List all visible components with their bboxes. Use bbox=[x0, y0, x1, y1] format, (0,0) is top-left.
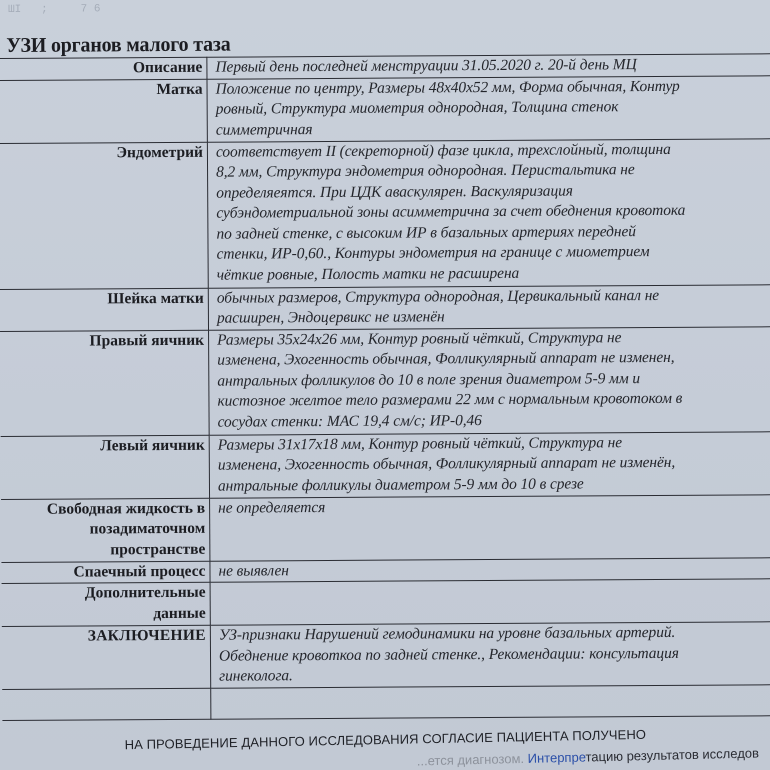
faint-bleed-through-text: ШІ ; 7 6 bbox=[8, 3, 100, 16]
row-label-line: позадиматочном bbox=[1, 519, 205, 541]
report-row: Шейка маткиобычных размеров, Структура о… bbox=[0, 284, 770, 331]
row-value: Размеры 35х24х26 мм, Контур ровный чётки… bbox=[209, 326, 770, 435]
consent-statement: НА ПРОВЕДЕНИЕ ДАННОГО ИССЛЕДОВАНИЯ СОГЛА… bbox=[125, 727, 647, 752]
row-label: Свободная жидкость впозадиматочномпростр… bbox=[1, 498, 210, 562]
row-label-line: Свободная жидкость в bbox=[1, 498, 205, 520]
ultrasound-report-page: ШІ ; 7 6 УЗИ органов малого таза Описани… bbox=[0, 0, 770, 770]
report-row bbox=[2, 685, 770, 721]
row-value-line: гинеколога. bbox=[219, 663, 770, 687]
row-value: Размеры 31х17х18 мм, Контур ровный чётки… bbox=[209, 431, 770, 498]
row-label-line: данные bbox=[2, 603, 206, 625]
row-label: Эндометрий bbox=[0, 142, 208, 289]
row-label: Правый яичник bbox=[0, 330, 209, 436]
report-title: УЗИ органов малого таза bbox=[6, 32, 230, 58]
row-value-line: сосудах стенки: МАС 19,4 см/с; ИР-0,46 bbox=[218, 409, 770, 433]
row-label-text: Спаечный процесс bbox=[1, 561, 205, 583]
row-value: не определяется bbox=[210, 494, 770, 561]
report-row: Эндометрийсоответствует II (секреторной)… bbox=[0, 138, 770, 289]
row-value-line: симметричная bbox=[216, 117, 770, 141]
row-label-text: Левый яичник bbox=[1, 435, 205, 457]
row-value-line: антральные фолликулы диаметром 5-9 мм до… bbox=[218, 473, 770, 497]
footer-prefix: ...ется диагнозом. bbox=[417, 751, 525, 769]
report-row: Дополнительныеданные bbox=[2, 579, 770, 627]
report-table: ОписаниеПервый день последней менструаци… bbox=[0, 53, 770, 721]
row-label-line: Дополнительные bbox=[2, 583, 206, 605]
report-row: Левый яичникРазмеры 31х17х18 мм, Контур … bbox=[1, 431, 770, 499]
row-label: Описание bbox=[0, 57, 207, 80]
row-label-text bbox=[2, 689, 206, 690]
report-row: МаткаПоложение по центру, Размеры 48х40х… bbox=[0, 75, 770, 143]
row-label: Дополнительныеданные bbox=[2, 582, 211, 626]
row-label: ЗАКЛЮЧЕНИЕ bbox=[2, 625, 211, 689]
row-value-line: Первый день последней менструации 31.05.… bbox=[215, 54, 770, 78]
row-label bbox=[2, 688, 211, 720]
report-row: Правый яичникРазмеры 35х24х26 мм, Контур… bbox=[0, 326, 770, 436]
report-row: ЗАКЛЮЧЕНИЕУЗ-признаки Нарушений гемодина… bbox=[2, 622, 770, 690]
row-label: Левый яичник bbox=[1, 435, 210, 499]
row-value: Положение по центру, Размеры 48х40х52 мм… bbox=[207, 75, 770, 142]
row-label: Шейка матки bbox=[0, 288, 209, 331]
row-label-text: Эндометрий bbox=[0, 142, 203, 164]
row-label: Матка bbox=[0, 79, 207, 143]
row-value: УЗ-признаки Нарушений гемодинамики на ур… bbox=[210, 622, 770, 689]
row-value-line: не определяется bbox=[218, 495, 770, 519]
row-label: Спаечный процесс bbox=[1, 561, 210, 584]
row-label-text: Шейка матки bbox=[0, 288, 204, 310]
row-label-text: ЗАКЛЮЧЕНИЕ bbox=[2, 626, 206, 648]
footer-suffix: тацию результатов исследов bbox=[585, 745, 759, 764]
footer-partial-text: ...ется диагнозом. Интерпретацию результ… bbox=[417, 745, 760, 768]
footer-marked-word: Интерпре bbox=[527, 749, 585, 765]
row-value: обычных размеров, Структура однородная, … bbox=[208, 284, 770, 330]
row-value-line: чёткие ровные, Полость матки не расширен… bbox=[217, 262, 770, 286]
report-table-body: ОписаниеПервый день последней менструаци… bbox=[0, 54, 770, 721]
row-label-line: пространстве bbox=[1, 539, 205, 561]
report-row: Свободная жидкость впозадиматочномпростр… bbox=[1, 494, 770, 562]
row-value-line: не выявлен bbox=[218, 558, 770, 582]
row-label-text: Матка bbox=[0, 79, 203, 101]
row-value: соответствует II (секреторной) фазе цикл… bbox=[207, 138, 770, 288]
row-label-text: Правый яичник bbox=[0, 330, 204, 352]
row-value bbox=[210, 579, 770, 626]
row-value bbox=[211, 685, 770, 720]
row-value-line: расширен, Эндоцервикс не изменён bbox=[217, 305, 770, 329]
row-label-text: Описание bbox=[0, 58, 202, 80]
